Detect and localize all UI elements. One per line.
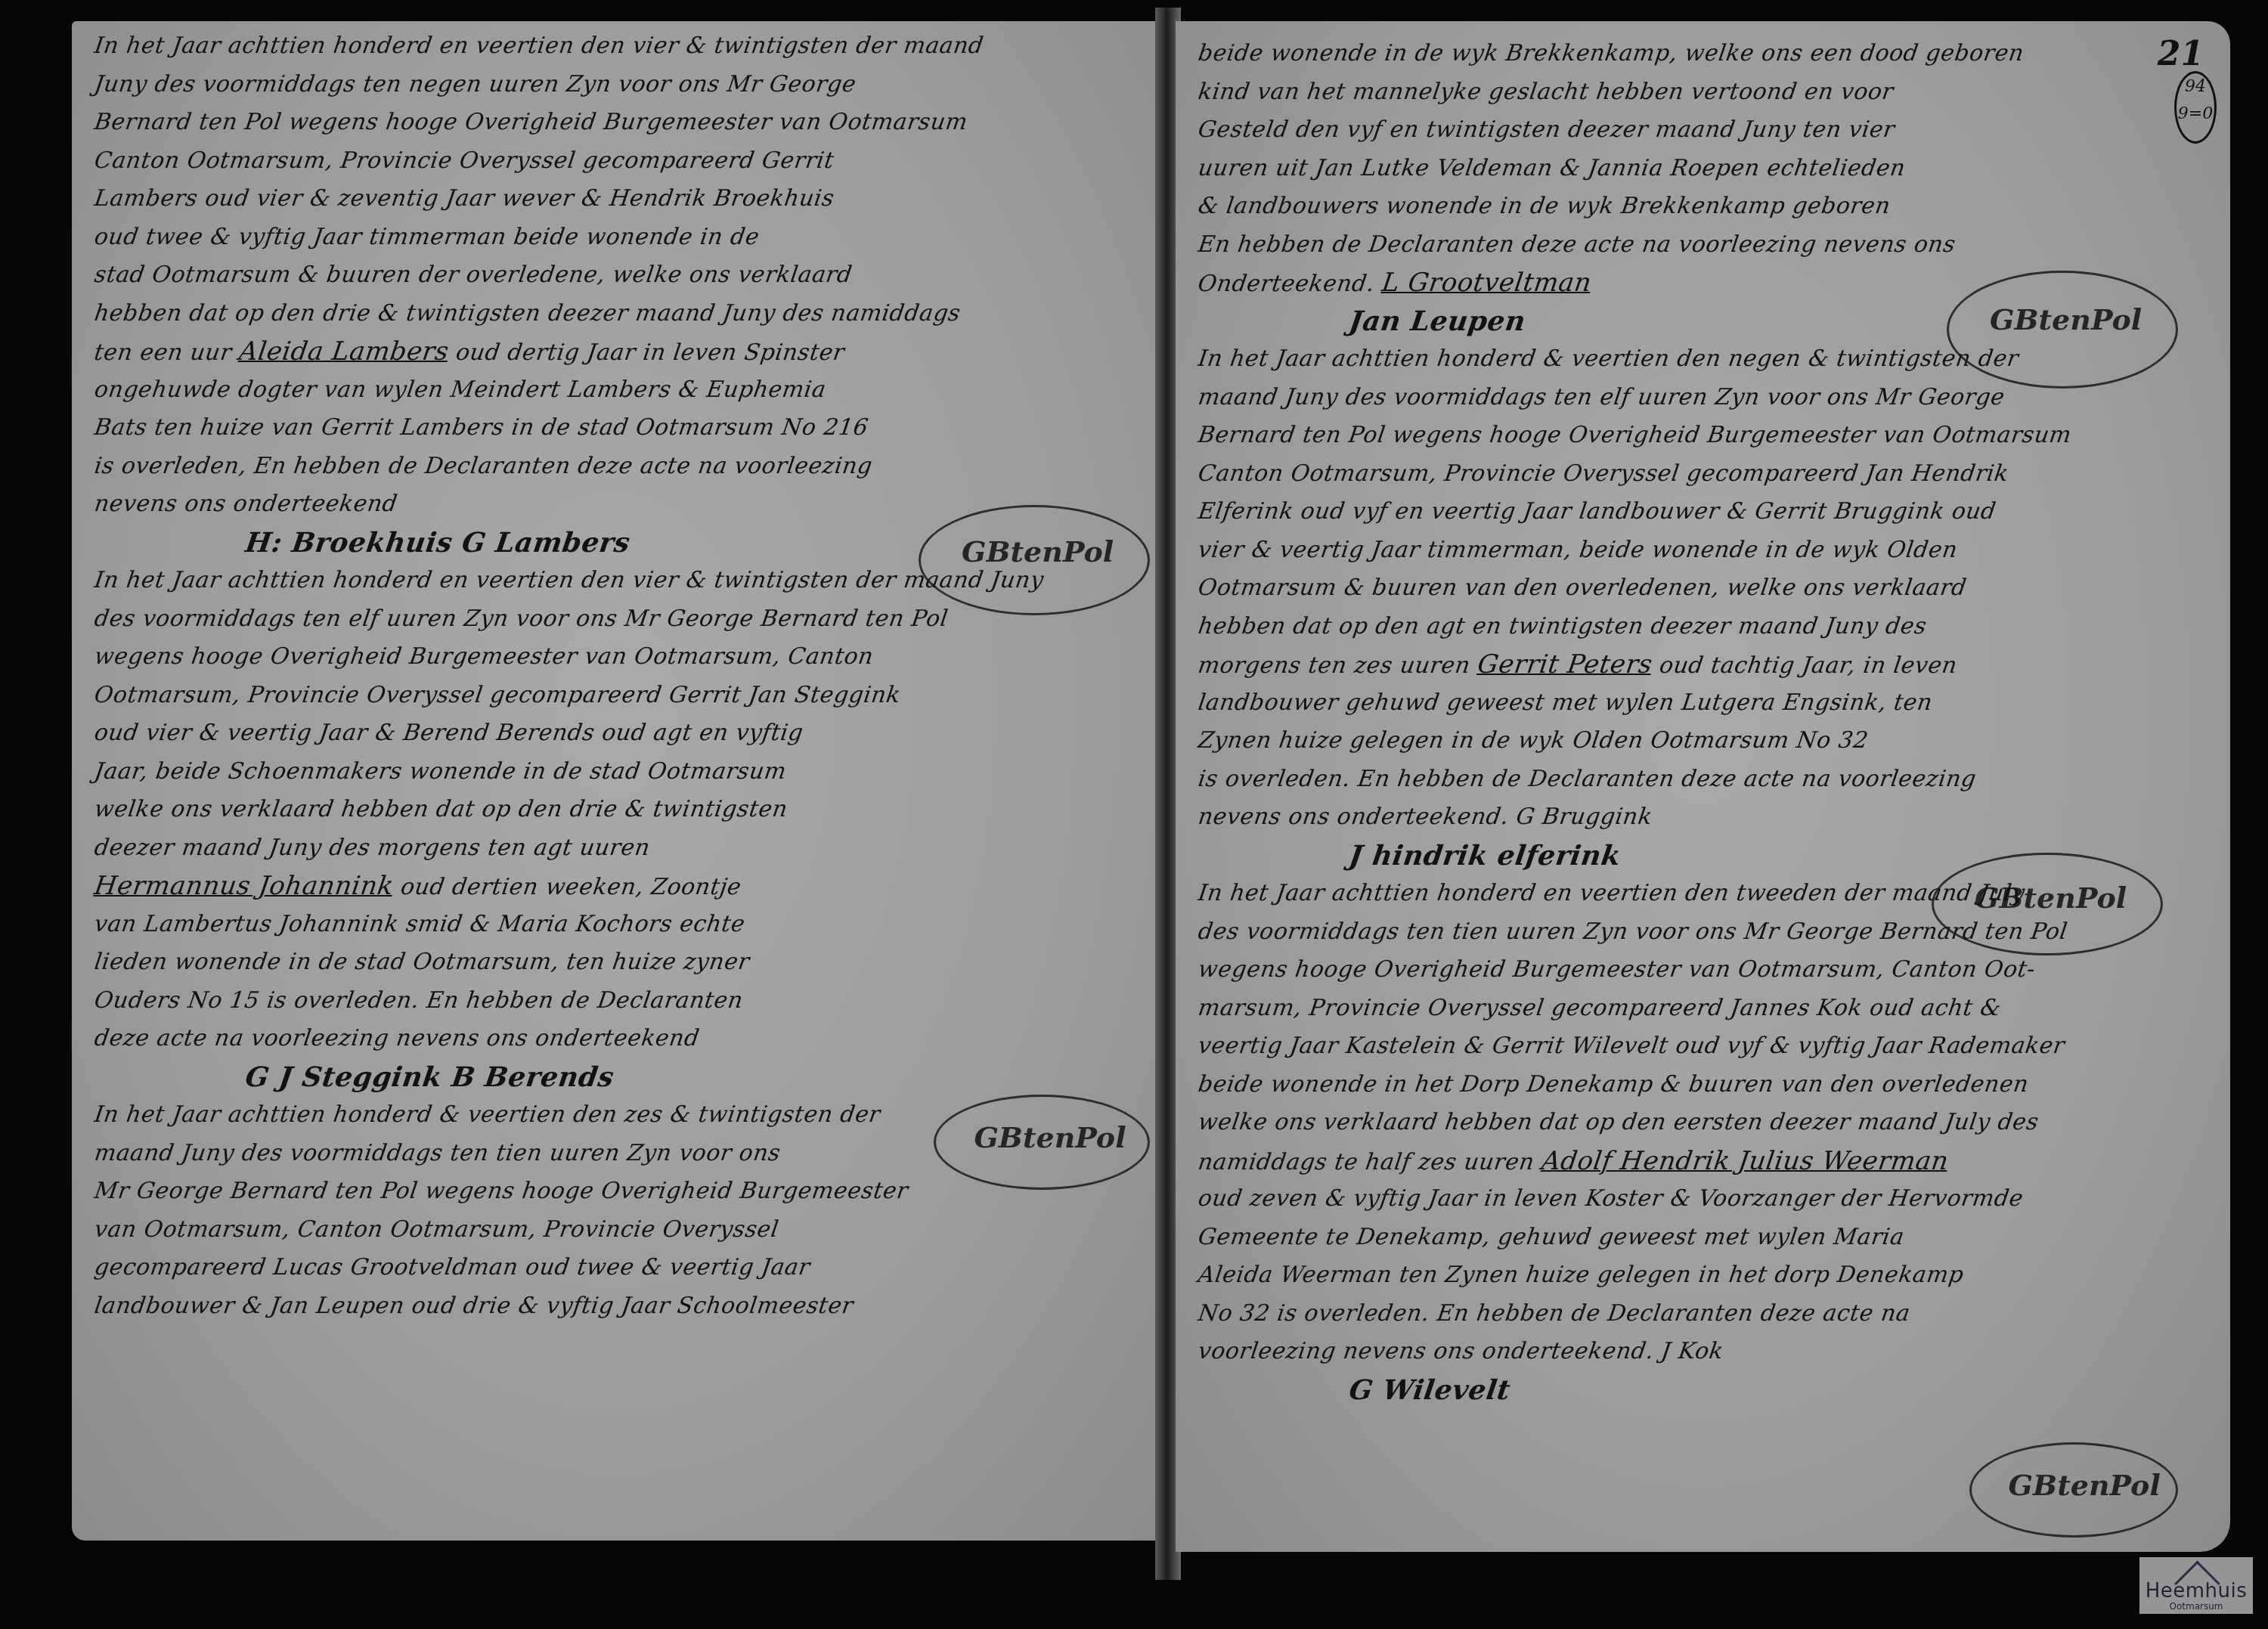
text-line: G Wilevelt bbox=[1195, 1371, 2164, 1410]
text-line: ongehuwde dogter van wylen Meindert Lamb… bbox=[91, 371, 1144, 410]
heemhuis-watermark: Heemhuis Ootmarsum bbox=[2139, 1557, 2253, 1614]
text-line: veertig Jaar Kastelein & Gerrit Wilevelt… bbox=[1195, 1027, 2164, 1066]
official-paraph: GBtenPol bbox=[919, 505, 1150, 615]
text-line: van Lambertus Johannink smid & Maria Koc… bbox=[91, 906, 1144, 944]
text-line: Canton Ootmarsum, Provincie Overyssel ge… bbox=[91, 142, 1144, 181]
text-line: Aleida Weerman ten Zynen huize gelegen i… bbox=[1195, 1256, 2164, 1295]
text-line: marsum, Provincie Overyssel gecompareerd… bbox=[1195, 989, 2164, 1028]
folio-number: 21 bbox=[2158, 35, 2204, 73]
text-line: lieden wonende in de stad Ootmarsum, ten… bbox=[91, 943, 1144, 982]
text-line: In het Jaar achttien honderd en veertien… bbox=[91, 27, 1144, 66]
text-line: stad Ootmarsum & buuren der overledene, … bbox=[91, 256, 1144, 295]
text-line: is overleden. En hebben de Declaranten d… bbox=[1195, 760, 2164, 799]
right-page: 21 949=0 beide wonende in de wyk Brekken… bbox=[1176, 21, 2230, 1552]
folio-annotation: 949=0 bbox=[2174, 71, 2217, 144]
text-line: namiddags te half zes uuren Adolf Hendri… bbox=[1195, 1142, 2164, 1181]
text-line: hebben dat op den drie & twintigsten dee… bbox=[91, 295, 1144, 333]
text-line: Bernard ten Pol wegens hooge Overigheid … bbox=[1195, 417, 2164, 455]
text-line: van Ootmarsum, Canton Ootmarsum, Provinc… bbox=[91, 1211, 1144, 1250]
underlined-name: L Grootveltman bbox=[1380, 268, 1594, 298]
text-line: En hebben de Declaranten deze acte na vo… bbox=[1195, 226, 2164, 265]
text-line: welke ons verklaard hebben dat op den ee… bbox=[1195, 1104, 2164, 1142]
text-line: Gemeente te Denekamp, gehuwd geweest met… bbox=[1195, 1219, 2164, 1257]
text-line: Gesteld den vyf en twintigsten deezer ma… bbox=[1195, 111, 2164, 150]
text-line: Zynen huize gelegen in de wyk Olden Ootm… bbox=[1195, 722, 2164, 760]
right-page-text: beide wonende in de wyk Brekkenkamp, wel… bbox=[1198, 35, 2162, 1409]
text-line: beide wonende in de wyk Brekkenkamp, wel… bbox=[1195, 35, 2164, 73]
text-line: voorleezing nevens ons onderteekend. J K… bbox=[1195, 1333, 2164, 1371]
underlined-name: Adolf Hendrik Julius Weerman bbox=[1540, 1146, 1950, 1176]
underlined-name: Aleida Lambers bbox=[237, 336, 451, 367]
underlined-name: Gerrit Peters bbox=[1476, 649, 1654, 680]
official-paraph: GBtenPol bbox=[1947, 271, 2178, 389]
text-line: Ootmarsum, Provincie Overyssel gecompare… bbox=[91, 677, 1144, 715]
text-line: Bats ten huize van Gerrit Lambers in de … bbox=[91, 409, 1144, 448]
text-line: Hermannus Johannink oud dertien weeken, … bbox=[91, 867, 1144, 906]
text-line: gecompareerd Lucas Grootveldman oud twee… bbox=[91, 1249, 1144, 1287]
official-paraph: GBtenPol bbox=[1932, 853, 2163, 955]
text-line: Ouders No 15 is overleden. En hebben de … bbox=[91, 982, 1144, 1020]
text-line: & landbouwers wonende in de wyk Brekkenk… bbox=[1195, 187, 2164, 226]
text-line: Jaar, beide Schoenmakers wonende in de s… bbox=[91, 753, 1144, 791]
register-scan: In het Jaar achttien honderd en veertien… bbox=[0, 0, 2268, 1629]
text-line: hebben dat op den agt en twintigsten dee… bbox=[1195, 608, 2164, 646]
text-line: wegens hooge Overigheid Burgemeester van… bbox=[91, 638, 1144, 677]
text-line: deze acte na voorleezing nevens ons onde… bbox=[91, 1020, 1144, 1058]
text-line: oud zeven & vyftig Jaar in leven Koster … bbox=[1195, 1180, 2164, 1219]
underlined-name: Hermannus Johannink bbox=[92, 871, 395, 901]
text-line: G J Steggink B Berends bbox=[91, 1058, 1144, 1097]
text-line: No 32 is overleden. En hebben de Declara… bbox=[1195, 1295, 2164, 1333]
text-line: Ootmarsum & buuren van den overledenen, … bbox=[1195, 569, 2164, 608]
text-line: morgens ten zes uuren Gerrit Peters oud … bbox=[1195, 646, 2164, 684]
text-line: oud vier & veertig Jaar & Berend Berends… bbox=[91, 714, 1144, 753]
text-line: nevens ons onderteekend. G Bruggink bbox=[1195, 798, 2164, 837]
text-line: beide wonende in het Dorp Denekamp & buu… bbox=[1195, 1066, 2164, 1104]
text-line: is overleden, En hebben de Declaranten d… bbox=[91, 448, 1144, 486]
text-line: landbouwer & Jan Leupen oud drie & vyfti… bbox=[91, 1287, 1144, 1326]
text-line: welke ons verklaard hebben dat op den dr… bbox=[91, 791, 1144, 829]
text-line: Canton Ootmarsum, Provincie Overyssel ge… bbox=[1195, 455, 2164, 494]
official-paraph: GBtenPol bbox=[934, 1095, 1150, 1190]
text-line: Juny des voormiddags ten negen uuren Zyn… bbox=[91, 66, 1144, 104]
text-line: uuren uit Jan Lutke Veldeman & Jannia Ro… bbox=[1195, 150, 2164, 188]
text-line: oud twee & vyftig Jaar timmerman beide w… bbox=[91, 218, 1144, 257]
text-line: vier & veertig Jaar timmerman, beide won… bbox=[1195, 531, 2164, 570]
text-line: Elferink oud vyf en veertig Jaar landbou… bbox=[1195, 493, 2164, 531]
text-line: deezer maand Juny des morgens ten agt uu… bbox=[91, 829, 1144, 868]
text-line: wegens hooge Overigheid Burgemeester van… bbox=[1195, 951, 2164, 989]
text-line: kind van het mannelyke geslacht hebben v… bbox=[1195, 73, 2164, 112]
text-line: Lambers oud vier & zeventig Jaar wever &… bbox=[91, 180, 1144, 218]
official-paraph: GBtenPol bbox=[1969, 1442, 2178, 1538]
left-page: In het Jaar achttien honderd en veertien… bbox=[72, 21, 1160, 1541]
text-line: landbouwer gehuwd geweest met wylen Lutg… bbox=[1195, 684, 2164, 723]
text-line: Bernard ten Pol wegens hooge Overigheid … bbox=[91, 104, 1144, 142]
text-line: ten een uur Aleida Lambers oud dertig Ja… bbox=[91, 333, 1144, 371]
